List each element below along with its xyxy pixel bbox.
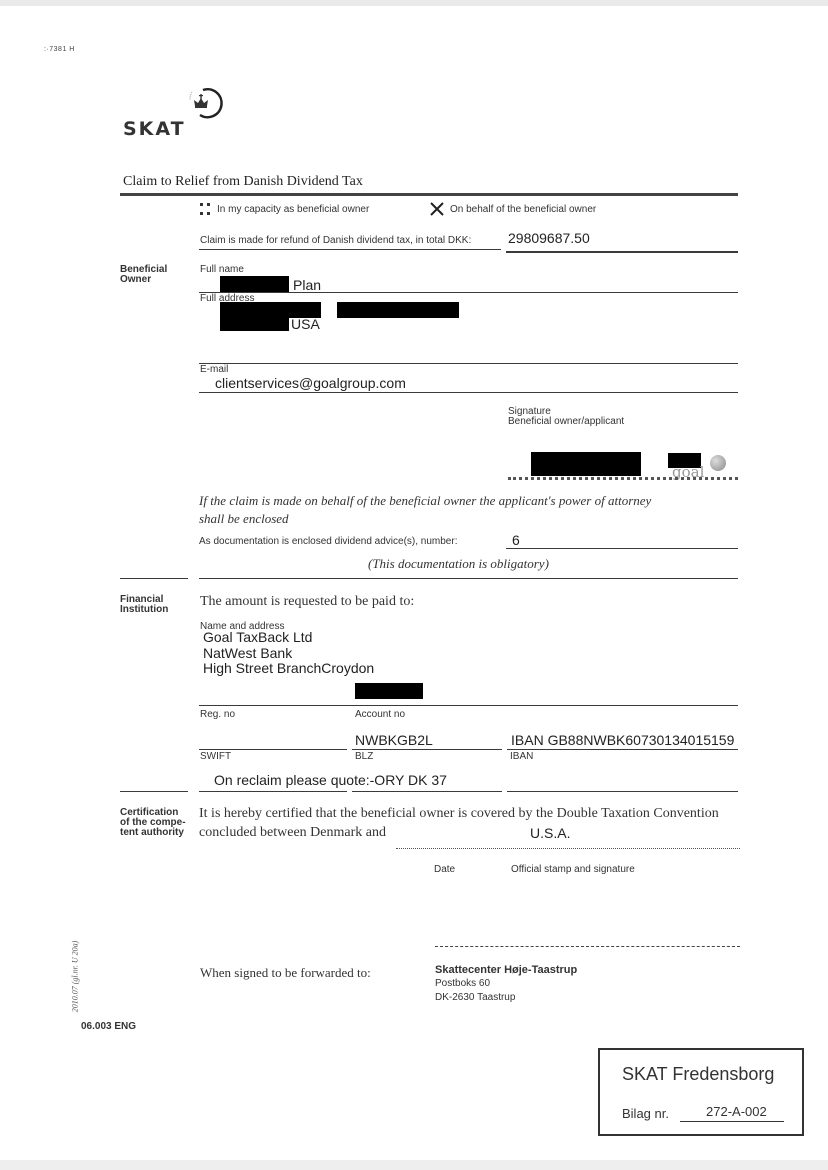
title-rule (120, 193, 738, 196)
scan-edge-top (0, 0, 828, 6)
claim-amount-rule (506, 251, 738, 253)
form-title: Claim to Relief from Danish Dividend Tax (123, 174, 363, 190)
forward-city: DK-2630 Taastrup (435, 991, 577, 1005)
note-line: shall be enclosed (199, 510, 651, 528)
address-rule (199, 705, 738, 706)
stamp-dotted-line (396, 848, 740, 849)
account-no-label: Account no (355, 709, 405, 720)
stamp-bilag-value: 272-A-002 (706, 1104, 767, 1119)
form-code: 06.003 ENG (81, 1021, 136, 1032)
address-line: Goal TaxBack Ltd (203, 630, 374, 646)
claim-label: Claim is made for refund of Danish divid… (200, 235, 471, 246)
certification-country-field[interactable]: U.S.A. (530, 825, 570, 841)
claim-label-rule (199, 249, 501, 250)
forward-dashed-line (435, 946, 740, 947)
reg-no-label: Reg. no (200, 709, 235, 720)
email-rule (199, 392, 738, 393)
scan-code: :·7381 H (44, 46, 75, 53)
skat-fredensborg-stamp: SKAT Fredensborg Bilag nr. 272-A-002 (598, 1048, 804, 1136)
section-label-line: Owner (120, 275, 167, 285)
full-name-field[interactable]: Plan (293, 277, 321, 293)
redacted-address-3 (220, 317, 289, 331)
option-owner-label: In my capacity as beneficial owner (217, 204, 369, 215)
full-name-rule (199, 292, 738, 293)
redacted-bank-detail (355, 683, 423, 699)
section-divider-left (120, 791, 188, 792)
forward-label: When signed to be forwarded to: (200, 965, 371, 981)
section-divider-left (120, 578, 188, 579)
vertical-form-code: 2010.07 (gl.nr. U 20a) (71, 927, 80, 1027)
option-behalf-label: On behalf of the beneficial owner (450, 204, 596, 215)
section-divider (507, 791, 738, 792)
option-behalf-checkbox[interactable] (430, 202, 444, 216)
address-line: NatWest Bank (203, 646, 374, 662)
iban-rule (507, 749, 738, 750)
full-name-label: Full name (200, 264, 244, 275)
signature-dotted-line (508, 477, 738, 480)
section-divider (199, 578, 738, 579)
section-divider (352, 791, 502, 792)
paid-to-text: The amount is requested to be paid to: (200, 594, 414, 610)
scan-edge-bottom (0, 1160, 828, 1170)
forward-postbox: Postboks 60 (435, 977, 577, 991)
reclaim-quote: On reclaim please quote:-ORY DK 37 (214, 772, 447, 788)
stamp-bilag-rule (680, 1121, 784, 1122)
signature-label: Signature Beneficial owner/applicant (508, 407, 624, 427)
section-divider (199, 791, 347, 792)
address-rule (199, 363, 738, 364)
option-owner-checkbox[interactable] (199, 202, 211, 216)
redacted-address-2 (337, 302, 459, 318)
section-label-line: Institution (120, 605, 168, 615)
section-certification: Certification of the compe- tent authori… (120, 808, 186, 838)
certification-text-2: concluded between Denmark and (199, 825, 386, 841)
swift-label: SWIFT (200, 751, 231, 762)
iban-value-field[interactable]: IBAN GB88NWBK60730134015159 (511, 732, 734, 748)
bank-address-field[interactable]: Goal TaxBack Ltd NatWest Bank High Stree… (203, 630, 374, 677)
advice-rule (506, 548, 738, 549)
logo-text: SKAT (123, 118, 186, 140)
forward-office: Skattecenter Høje-Taastrup (435, 963, 577, 977)
stamp-ball-icon (710, 455, 726, 471)
stamp-bilag-label: Bilag nr. (622, 1106, 669, 1121)
obligatory-note: (This documentation is obligatory) (368, 556, 549, 572)
power-of-attorney-note: If the claim is made on behalf of the be… (199, 492, 651, 528)
email-field[interactable]: clientservices@goalgroup.com (215, 375, 406, 391)
swift-value-field[interactable]: NWBKGB2L (355, 732, 433, 748)
claim-amount-field[interactable]: 29809687.50 (508, 230, 590, 246)
blz-label: BLZ (355, 751, 373, 762)
email-label: E-mail (200, 364, 228, 375)
skat-logo: SKAT (120, 80, 230, 140)
stamp-office: SKAT Fredensborg (622, 1064, 774, 1085)
advice-label: As documentation is enclosed dividend ad… (199, 536, 457, 547)
signature-sublabel-line: Beneficial owner/applicant (508, 417, 624, 427)
redacted-signature (531, 452, 641, 476)
advice-number-field[interactable]: 6 (512, 532, 520, 548)
address-line: High Street BranchCroydon (203, 661, 374, 677)
blz-rule (352, 749, 502, 750)
address-country-field[interactable]: USA (291, 316, 320, 332)
date-label: Date (434, 864, 455, 875)
section-financial-institution: Financial Institution (120, 595, 168, 615)
redacted-name (220, 276, 289, 292)
swift-rule (199, 749, 347, 750)
certification-text-1: It is hereby certified that the benefici… (199, 806, 719, 822)
x-mark-icon (430, 202, 444, 216)
section-beneficial-owner: Beneficial Owner (120, 265, 167, 285)
iban-label: IBAN (510, 751, 533, 762)
note-line: If the claim is made on behalf of the be… (199, 492, 651, 510)
forward-address: Skattecenter Høje-Taastrup Postboks 60 D… (435, 963, 577, 1005)
section-label-line: tent authority (120, 828, 186, 838)
official-stamp-label: Official stamp and signature (511, 864, 635, 875)
